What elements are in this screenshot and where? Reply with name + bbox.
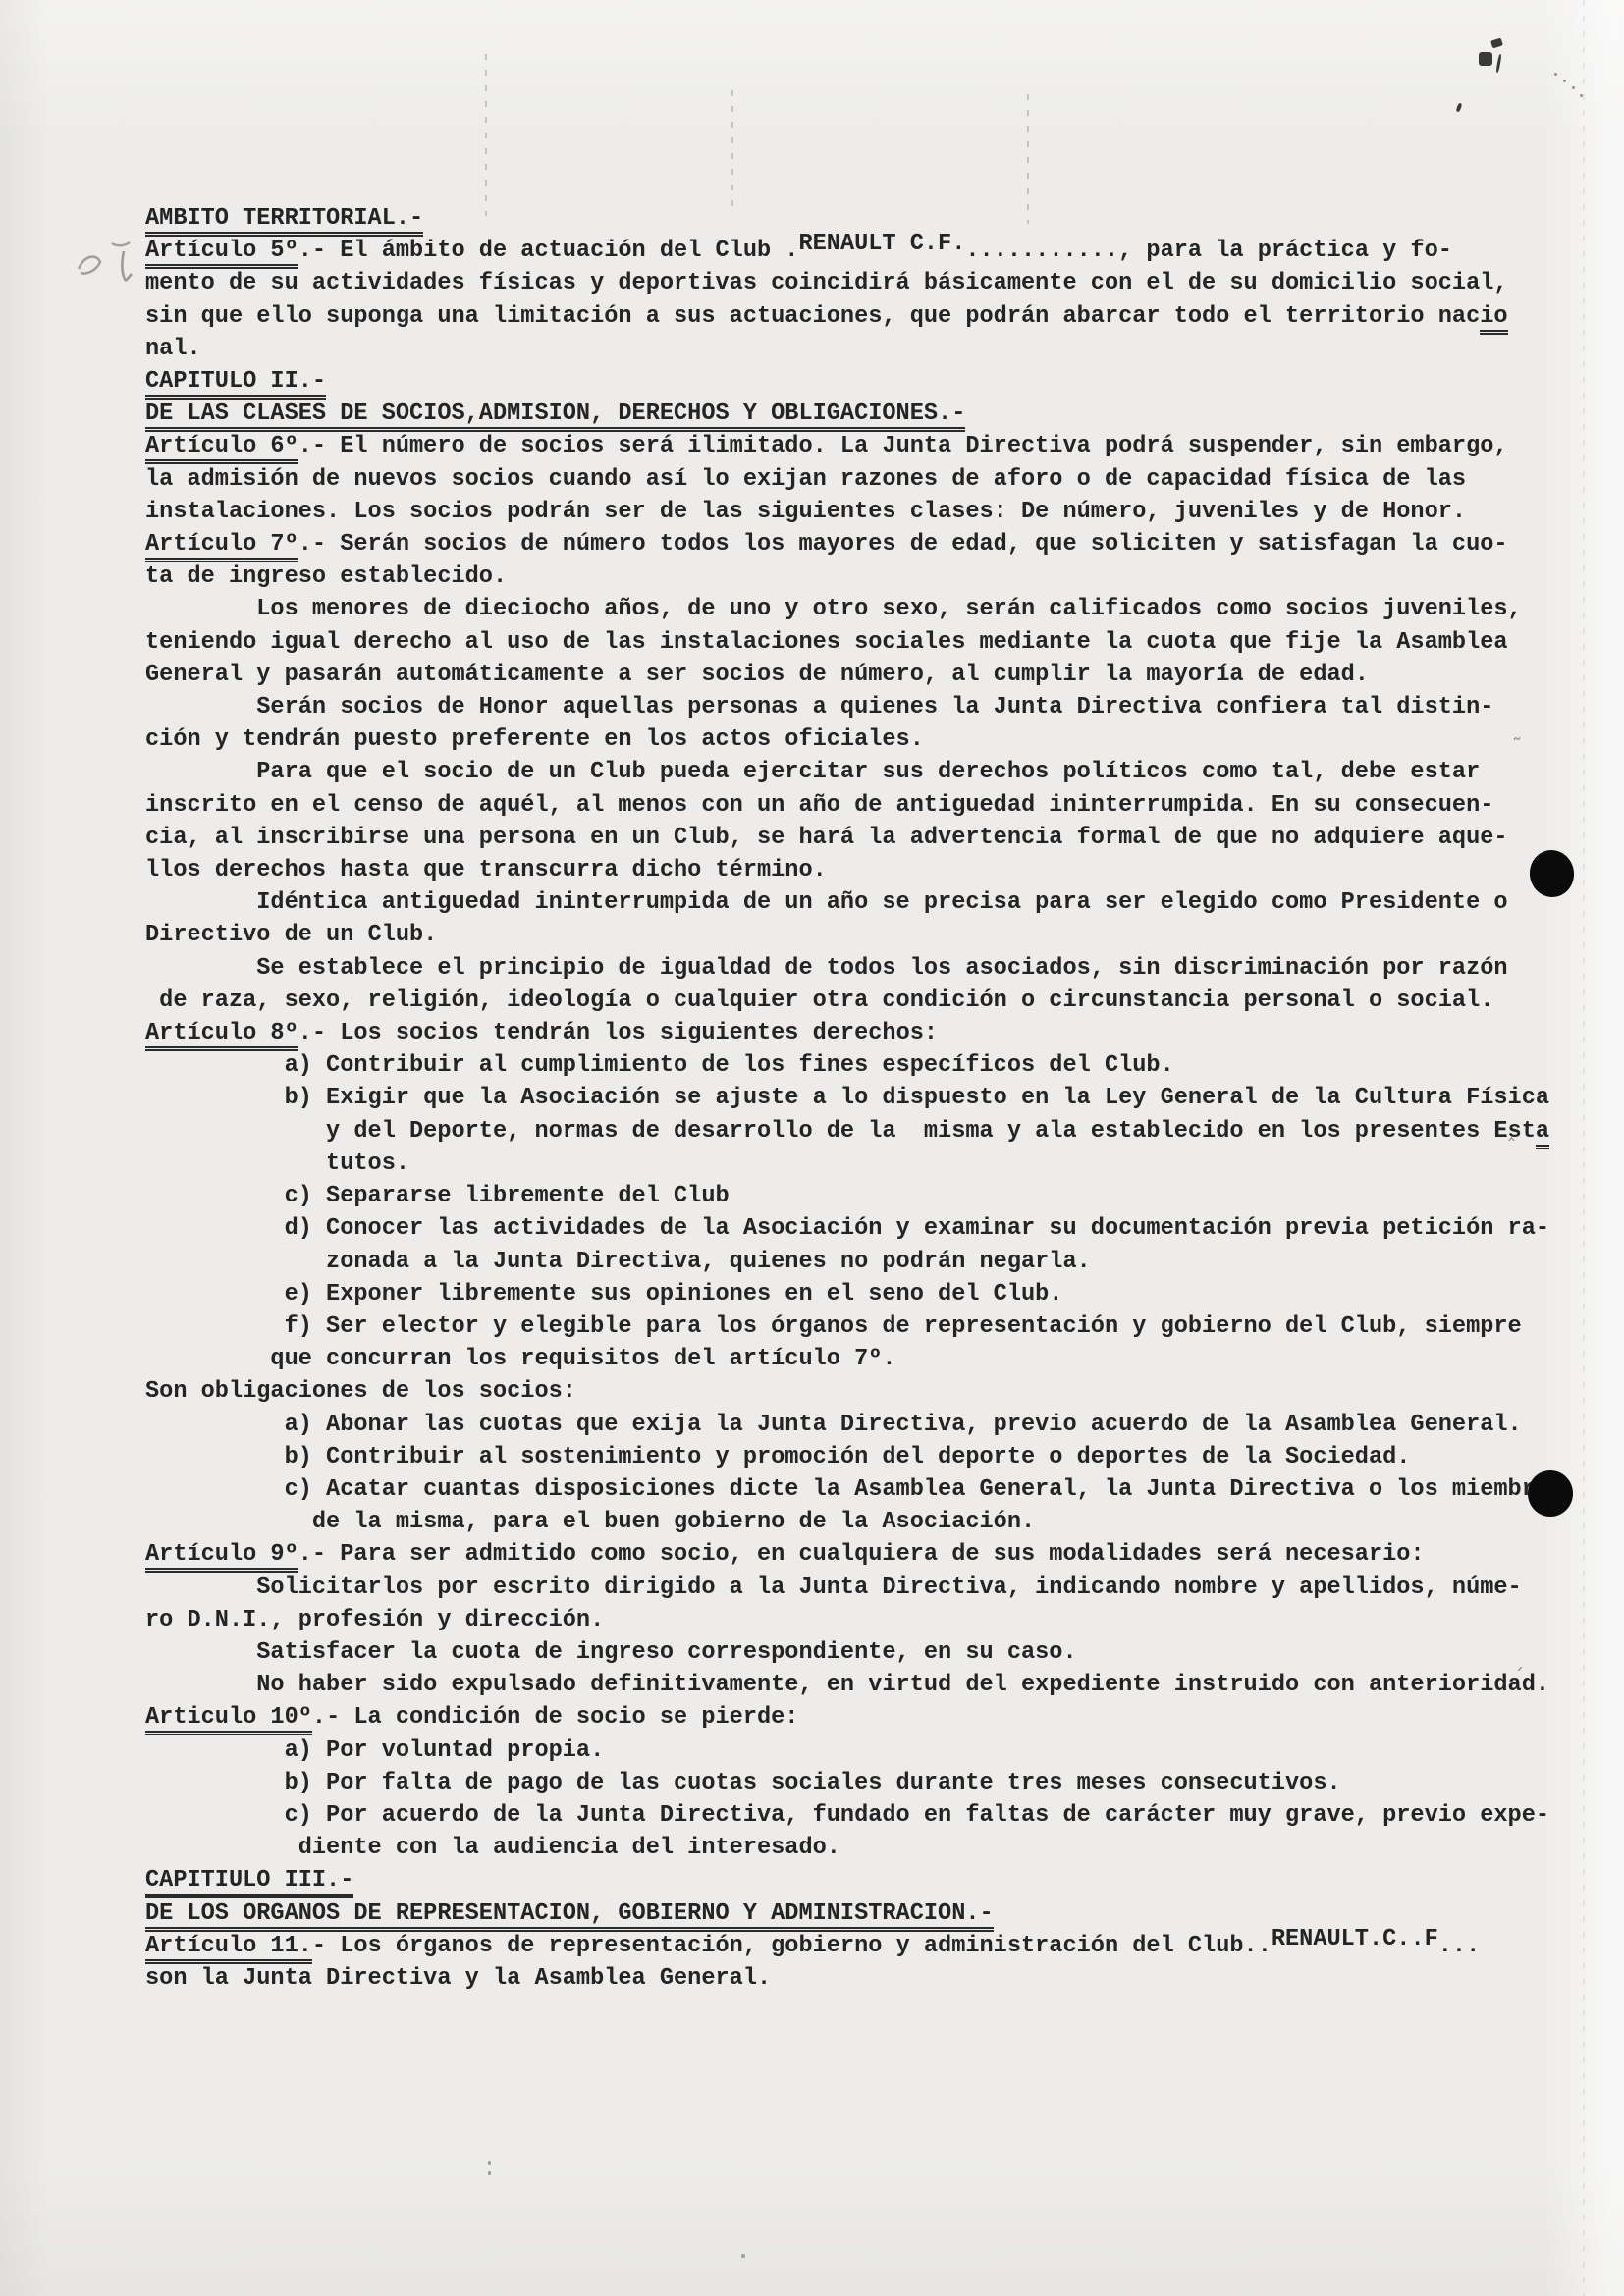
document-line: de raza, sexo, religión, ideología o cua… (145, 985, 1598, 1017)
document-line: b) Por falta de pago de las cuotas socia… (145, 1767, 1598, 1799)
document-line: Los menores de dieciocho años, de uno y … (145, 593, 1598, 625)
text-segment: b) Exigir que la Asociación se ajuste a … (145, 1085, 1549, 1111)
text-segment: diente con la audiencia del interesado. (145, 1835, 840, 1861)
text-segment: b) Por falta de pago de las cuotas socia… (145, 1770, 1341, 1796)
fold-crease (731, 90, 733, 216)
document-line: Articulo 10º.- La condición de socio se … (145, 1701, 1598, 1734)
document-line: c) Separarse libremente del Club (145, 1180, 1598, 1212)
underlined-text: Articulo 10º (145, 1704, 312, 1735)
text-segment: mento de su actividades físicas y deport… (145, 270, 1508, 296)
typed-club-name: RENAULT.C..F (1272, 1923, 1438, 1955)
ink-speck (1479, 52, 1492, 66)
document-line: la admisión de nuevos socios cuando así … (145, 463, 1598, 496)
document-line: DE LAS CLASES DE SOCIOS,ADMISION, DERECH… (145, 398, 1598, 430)
document-line: Artículo 11.- Los órganos de representac… (145, 1930, 1598, 1962)
text-segment: Se establece el principio de igualdad de… (145, 955, 1508, 982)
ink-speck (1495, 54, 1501, 73)
text-segment: ..........., para la práctica y fo- (965, 238, 1452, 264)
document-line: f) Ser elector y elegible para los órgan… (145, 1310, 1598, 1343)
document-line: Satisfacer la cuota de ingreso correspon… (145, 1636, 1598, 1669)
document-line: ción y tendrán puesto preferente en los … (145, 723, 1598, 756)
document-line: General y pasarán automáticamente a ser … (145, 659, 1598, 691)
underlined-text: Artículo 7º (145, 531, 298, 562)
document-line: ta de ingreso establecido. (145, 561, 1598, 593)
document-line: cia, al inscribirse una persona en un Cl… (145, 822, 1598, 854)
text-segment: .- La condición de socio se pierde: (312, 1704, 799, 1731)
typed-club-name: RENAULT C.F. (798, 228, 965, 260)
text-segment: son la Junta Directiva y la Asamblea Gen… (145, 1965, 771, 1992)
document-line: tutos. (145, 1148, 1598, 1180)
text-segment: a) Por voluntad propia. (145, 1737, 604, 1764)
text-segment: .- Los socios tendrán los siguientes der… (298, 1020, 938, 1046)
text-segment: ... (1438, 1933, 1480, 1959)
text-segment: y del Deporte, normas de desarrollo de l… (145, 1118, 1536, 1145)
underlined-text: Artículo 9º (145, 1541, 298, 1573)
document-line: d) Conocer las actividades de la Asociac… (145, 1212, 1598, 1245)
underlined-text: Artículo 8º (145, 1020, 298, 1051)
text-segment: Para que el socio de un Club pueda ejerc… (145, 759, 1480, 785)
underlined-text: AMBITO TERRITORIAL.- (145, 205, 423, 237)
text-segment: d) Conocer las actividades de la Asociac… (145, 1215, 1549, 1242)
document-line: Artículo 5º.- El ámbito de actuación del… (145, 235, 1598, 267)
document-line: son la Junta Directiva y la Asamblea Gen… (145, 1962, 1598, 1995)
document-line: Solicitarlos por escrito dirigido a la J… (145, 1572, 1598, 1604)
document-line: a) Contribuir al cumplimiento de los fin… (145, 1049, 1598, 1082)
text-segment: Idéntica antiguedad ininterrumpida de un… (145, 889, 1508, 916)
text-segment: Satisfacer la cuota de ingreso correspon… (145, 1639, 1077, 1666)
underlined-text: Artículo 6º (145, 433, 298, 464)
text-segment: la admisión de nuevos socios cuando así … (145, 466, 1466, 493)
document-line: CAPITULO II.- (145, 365, 1598, 398)
document-line: llos derechos hasta que transcurra dicho… (145, 854, 1598, 886)
text-segment: .- Serán socios de número todos los mayo… (298, 531, 1508, 558)
text-segment: ro D.N.I., profesión y dirección. (145, 1607, 604, 1633)
document-line: mento de su actividades físicas y deport… (145, 267, 1598, 299)
document-line: Artículo 7º.- Serán socios de número tod… (145, 528, 1598, 561)
document-line: Serán socios de Honor aquellas personas … (145, 691, 1598, 723)
text-segment: No haber sido expulsado definitivamente,… (145, 1672, 1549, 1698)
text-segment: tutos. (145, 1150, 409, 1177)
pencil-speck (1580, 94, 1583, 97)
fold-crease (1027, 94, 1029, 224)
text-segment: a) Abonar las cuotas que exija la Junta … (145, 1412, 1522, 1438)
document-line: Idéntica antiguedad ininterrumpida de un… (145, 886, 1598, 919)
document-line: c) Por acuerdo de la Junta Directiva, fu… (145, 1799, 1598, 1832)
text-segment: .- El número de socios será ilimitado. L… (298, 433, 1508, 459)
underlined-text: io (1480, 303, 1507, 335)
text-segment: .- El ámbito de actuación del Club . (298, 238, 799, 264)
underlined-text: Artículo 11. (145, 1933, 312, 1964)
text-segment: de raza, sexo, religión, ideología o cua… (145, 988, 1493, 1014)
document-line: teniendo igual derecho al uso de las ins… (145, 626, 1598, 659)
document-line: Son obligaciones de los socios: (145, 1375, 1598, 1408)
text-segment: - Los órganos de representación, gobiern… (312, 1933, 1272, 1959)
underlined-text: DE LOS ORGANOS DE REPRESENTACION, GOBIER… (145, 1900, 994, 1932)
text-segment: Los menores de dieciocho años, de uno y … (145, 596, 1522, 622)
pencil-asterisk-mark: ‸ (1508, 1117, 1515, 1141)
pencil-speck (488, 2171, 491, 2175)
document-line: Artículo 9º.- Para ser admitido como soc… (145, 1538, 1598, 1571)
hole-punch-dot-bottom (1528, 1470, 1573, 1517)
underlined-text: CAPITIULO III.- (145, 1867, 353, 1898)
document-line: nal. (145, 333, 1598, 365)
document-line: a) Abonar las cuotas que exija la Junta … (145, 1409, 1598, 1441)
text-segment: ta de ingreso establecido. (145, 563, 507, 590)
text-segment: que concurran los requisitos del artícul… (145, 1346, 896, 1372)
ink-speck (1490, 37, 1503, 48)
pencil-speck (1554, 73, 1557, 76)
text-segment: nal. (145, 336, 201, 362)
text-segment: inscrito en el censo de aquél, al menos … (145, 792, 1493, 819)
document-line: No haber sido expulsado definitivamente,… (145, 1669, 1598, 1701)
text-segment: instalaciones. Los socios podrán ser de … (145, 499, 1466, 525)
text-segment: f) Ser elector y elegible para los órgan… (145, 1313, 1522, 1340)
document-line: diente con la audiencia del interesado. (145, 1832, 1598, 1864)
text-segment: ción y tendrán puesto preferente en los … (145, 726, 924, 753)
text-segment: .- Para ser admitido como socio, en cual… (298, 1541, 1425, 1568)
text-segment: zonada a la Junta Directiva, quienes no … (145, 1249, 1091, 1275)
text-segment: sin que ello suponga una limitación a su… (145, 303, 1480, 330)
text-segment: llos derechos hasta que transcurra dicho… (145, 857, 827, 883)
text-segment: c) Acatar cuantas disposiciones dicte la… (145, 1476, 1563, 1503)
text-segment: General y pasarán automáticamente a ser … (145, 662, 1369, 688)
text-segment: Serán socios de Honor aquellas personas … (145, 694, 1493, 721)
document-line: Se establece el principio de igualdad de… (145, 952, 1598, 985)
document-line: b) Contribuir al sostenimiento y promoci… (145, 1441, 1598, 1473)
document-line: sin que ello suponga una limitación a su… (145, 300, 1598, 333)
text-segment: a) Contribuir al cumplimiento de los fin… (145, 1052, 1174, 1079)
document-line: Para que el socio de un Club pueda ejerc… (145, 756, 1598, 788)
pencil-mark (73, 230, 159, 287)
document-line: ro D.N.I., profesión y dirección. (145, 1604, 1598, 1636)
text-segment: b) Contribuir al sostenimiento y promoci… (145, 1444, 1410, 1470)
document-line: Directivo de un Club. (145, 919, 1598, 951)
pencil-tilde-mark: ˜ (1512, 734, 1522, 758)
document-line: Artículo 6º.- El número de socios será i… (145, 430, 1598, 462)
text-segment: Solicitarlos por escrito dirigido a la J… (145, 1575, 1522, 1601)
text-segment: de la misma, para el buen gobierno de la… (145, 1509, 1035, 1535)
document-line: de la misma, para el buen gobierno de la… (145, 1506, 1598, 1538)
document-line: e) Exponer libremente sus opiniones en e… (145, 1278, 1598, 1310)
text-segment: teniendo igual derecho al uso de las ins… (145, 629, 1508, 656)
pencil-check-mark: ˏ (1514, 1647, 1524, 1671)
document-line: zonada a la Junta Directiva, quienes no … (145, 1246, 1598, 1278)
ink-speck (1456, 103, 1463, 113)
paper-edge-crease (1583, 0, 1585, 2296)
document-line: y del Deporte, normas de desarrollo de l… (145, 1115, 1598, 1148)
document-line: a) Por voluntad propia. (145, 1735, 1598, 1767)
pencil-speck (1563, 80, 1566, 82)
document-line: que concurran los requisitos del artícul… (145, 1343, 1598, 1375)
document-text: AMBITO TERRITORIAL.-Artículo 5º.- El ámb… (145, 202, 1598, 1995)
text-segment: Directivo de un Club. (145, 922, 437, 948)
text-segment: c) Por acuerdo de la Junta Directiva, fu… (145, 1802, 1549, 1829)
text-segment: Son obligaciones de los socios: (145, 1378, 576, 1405)
underlined-text: a (1536, 1118, 1549, 1149)
pencil-speck (741, 2254, 745, 2258)
underlined-text: CAPITULO II.- (145, 368, 326, 400)
fold-crease (485, 54, 487, 216)
document-line: instalaciones. Los socios podrán ser de … (145, 496, 1598, 528)
underlined-text: Artículo 5º (145, 238, 298, 269)
text-segment: cia, al inscribirse una persona en un Cl… (145, 825, 1508, 851)
pencil-speck (1572, 86, 1575, 89)
document-line: inscrito en el censo de aquél, al menos … (145, 789, 1598, 822)
document-line: c) Acatar cuantas disposiciones dicte la… (145, 1473, 1598, 1506)
document-line: CAPITIULO III.- (145, 1864, 1598, 1896)
text-segment: c) Separarse libremente del Club (145, 1183, 730, 1209)
document-line: b) Exigir que la Asociación se ajuste a … (145, 1082, 1598, 1114)
pencil-speck (488, 2161, 491, 2165)
text-segment: e) Exponer libremente sus opiniones en e… (145, 1281, 1062, 1308)
document-line: Artículo 8º.- Los socios tendrán los sig… (145, 1017, 1598, 1049)
underlined-text: DE LAS CLASES DE SOCIOS,ADMISION, DERECH… (145, 400, 965, 432)
